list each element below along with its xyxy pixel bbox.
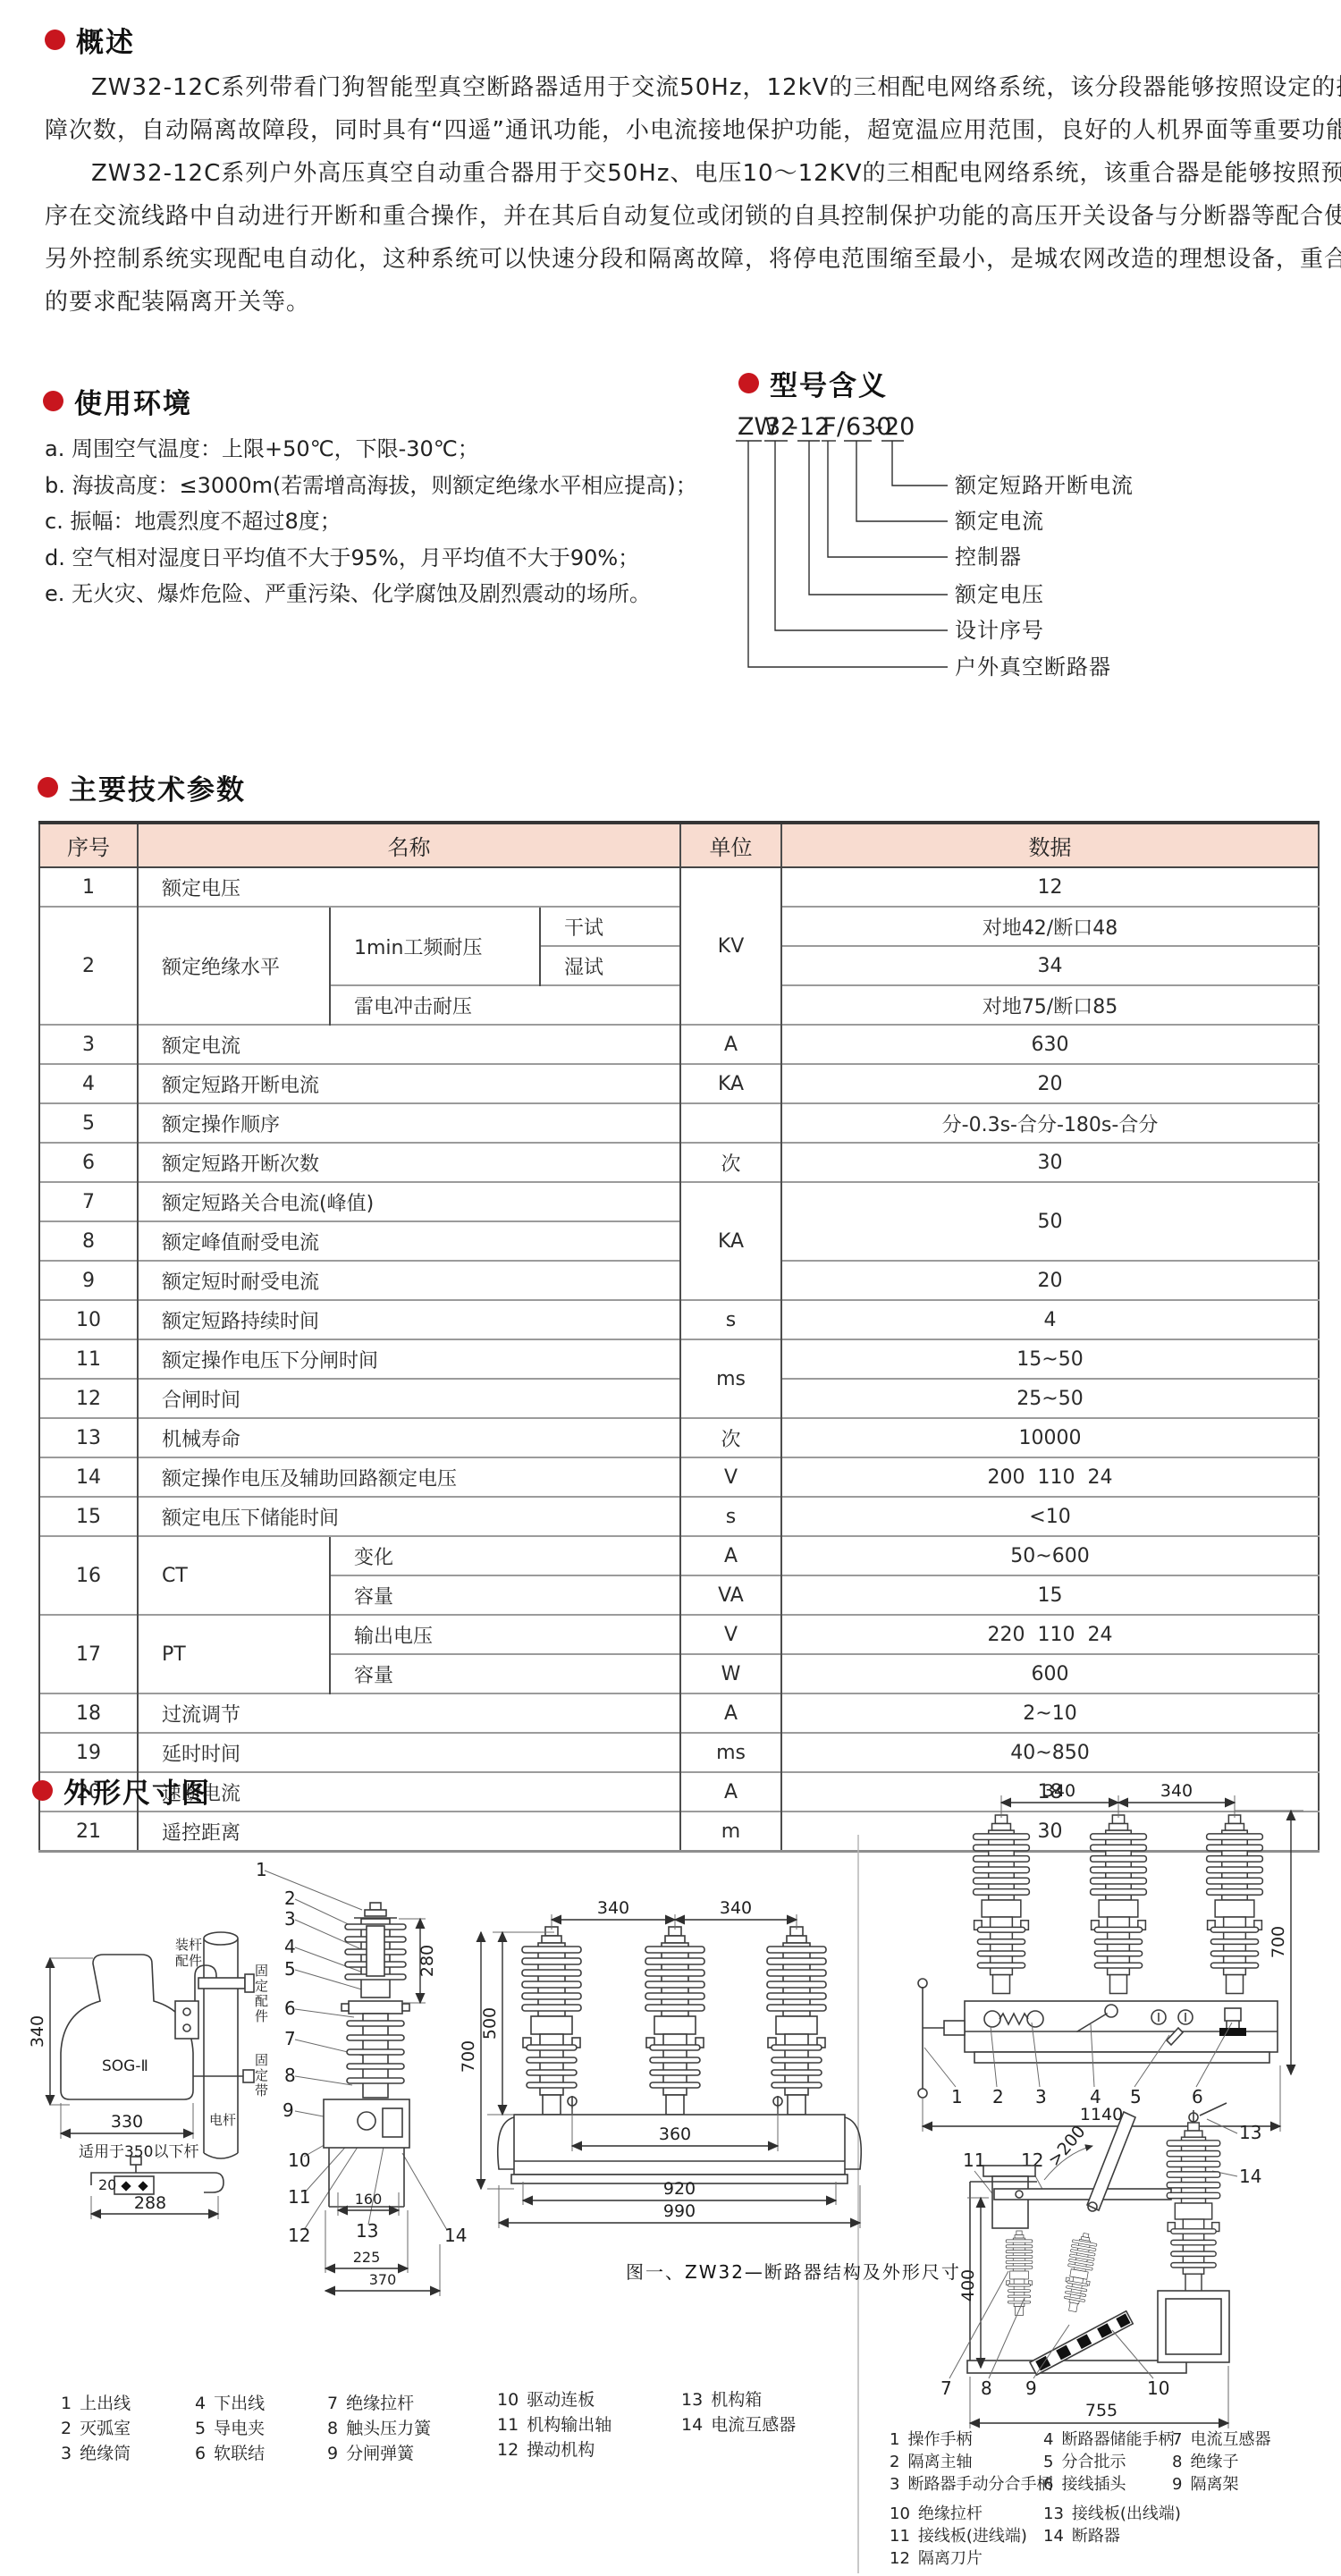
param-no: 11 bbox=[39, 1339, 138, 1379]
table-row: 19 延时时间 ms 40~850 bbox=[39, 1733, 1319, 1772]
dim-340: 340 bbox=[720, 1898, 752, 1918]
label-sog: SOG-Ⅱ bbox=[102, 2057, 148, 2075]
dim-700: 700 bbox=[1269, 1926, 1288, 1958]
table-row: 2 额定绝缘水平 1min工频耐压 干试 对地42/断口48 bbox=[39, 907, 1319, 946]
svg-text:9: 9 bbox=[1025, 2378, 1037, 2399]
sectional-drawing: 1 2 3 4 5 6 7 8 9 10 11 12 13 14 bbox=[256, 1859, 467, 2296]
legend-item: 14断路器 bbox=[1043, 2525, 1181, 2547]
legend-item: 12隔离刀片 bbox=[890, 2547, 1052, 2570]
svg-text:3: 3 bbox=[284, 1908, 296, 1930]
usage-item: c. 振幅：地震烈度不超过8度； bbox=[45, 503, 697, 540]
legend-right-col3: 7电流互感器 8绝缘子 9隔离架 bbox=[1172, 2428, 1270, 2496]
legend-item: 11机构输出轴 bbox=[497, 2412, 611, 2437]
dim-288: 288 bbox=[134, 2193, 166, 2213]
svg-text:9: 9 bbox=[283, 2099, 294, 2121]
dim-340: 340 bbox=[597, 1898, 629, 1918]
legend-item: 8触头压力簧 bbox=[327, 2416, 431, 2441]
param-unit: V bbox=[680, 1457, 781, 1497]
svg-text:12: 12 bbox=[288, 2225, 310, 2246]
figure1-front-view: 340 340 360 500 700 920 990 图一、Z bbox=[459, 1898, 961, 2283]
param-data: 200 110 24 bbox=[781, 1457, 1319, 1497]
legend-item: 14电流互感器 bbox=[681, 2412, 796, 2437]
legend-left-col3: 7绝缘拉杆 8触头压力簧 9分闸弹簧 bbox=[327, 2391, 431, 2466]
legend-item: 13机构箱 bbox=[681, 2387, 796, 2412]
param-data: 对地42/断口48 bbox=[781, 907, 1319, 946]
svg-text:14: 14 bbox=[1239, 2166, 1261, 2187]
parameters-table: 序号 名称 单位 数据 1 额定电压 KV 12 2 额定绝缘水平 1min工频… bbox=[38, 821, 1320, 1853]
paragraph-line: 序在交流线路中自动进行开断和重合操作，并在其后自动复位或闭锁的自具控制保护功能的… bbox=[45, 195, 1341, 238]
usage-item: b. 海拔高度：≤3000m(若需增高海拔，则额定绝缘水平相应提高)； bbox=[45, 468, 697, 504]
red-bullet-icon bbox=[38, 777, 58, 798]
svg-text:4: 4 bbox=[284, 1936, 296, 1957]
legend-left-col5: 13机构箱 14电流互感器 bbox=[681, 2387, 796, 2437]
param-unit: KA bbox=[680, 1064, 781, 1103]
label-pole-fitting-2: 配件 bbox=[175, 1953, 202, 1969]
dim-280: 280 bbox=[417, 1945, 437, 1977]
legend-item: 6接线插头 bbox=[1043, 2473, 1181, 2496]
dim-160: 160 bbox=[355, 2191, 383, 2208]
legend-item: 10驱动连板 bbox=[497, 2387, 611, 2412]
param-data: <10 bbox=[781, 1497, 1319, 1536]
table-row: 9 额定短时耐受电流 20 bbox=[39, 1261, 1319, 1300]
dim-755: 755 bbox=[1085, 2401, 1117, 2420]
dim-gt200: >200 bbox=[1044, 2122, 1089, 2170]
table-row: 3 额定电流 A 630 bbox=[39, 1025, 1319, 1064]
legend-item: 3绝缘筒 bbox=[61, 2441, 131, 2466]
section-title: 使用环境 bbox=[74, 381, 192, 421]
catalog-page: 概述 ZW32-12C系列带看门狗智能型真空断路器适用于交流50Hz，12kV的… bbox=[0, 0, 1341, 2576]
legend-item: 7电流互感器 bbox=[1172, 2428, 1270, 2451]
paragraph-line: 障次数，自动隔离故障段，同时具有“四遥”通讯功能，小电流接地保护功能，超宽温应用… bbox=[45, 109, 1341, 152]
header-cell: 序号 bbox=[39, 823, 138, 867]
param-no: 5 bbox=[39, 1103, 138, 1143]
table-row: 10 额定短路持续时间 s 4 bbox=[39, 1300, 1319, 1339]
param-name: CT bbox=[138, 1536, 330, 1615]
svg-text:1: 1 bbox=[256, 1859, 267, 1880]
param-unit: A bbox=[680, 1536, 781, 1575]
table-row: 7 额定短路关合电流(峰值) KA 50 bbox=[39, 1182, 1319, 1221]
param-data: 20 bbox=[781, 1064, 1319, 1103]
dim-340: 340 bbox=[1043, 1781, 1075, 1801]
paragraph-line: 的要求配装隔离开关等。 bbox=[45, 281, 1341, 324]
svg-text:20: 20 bbox=[884, 413, 915, 441]
param-name: 机械寿命 bbox=[138, 1418, 680, 1457]
svg-text:8: 8 bbox=[284, 2065, 296, 2086]
param-subname: 容量 bbox=[330, 1575, 680, 1615]
table-header-row: 序号 名称 单位 数据 bbox=[39, 823, 1319, 867]
param-name: 额定短路持续时间 bbox=[138, 1300, 680, 1339]
svg-text:设计序号: 设计序号 bbox=[955, 618, 1044, 643]
param-data: 20 bbox=[781, 1261, 1319, 1300]
param-subname: 输出电压 bbox=[330, 1615, 680, 1654]
param-data: 630 bbox=[781, 1025, 1319, 1064]
svg-text:1: 1 bbox=[951, 2086, 963, 2107]
param-data: 220 110 24 bbox=[781, 1615, 1319, 1654]
table-row: 5 额定操作顺序 分-0.3s-合分-180s-合分 bbox=[39, 1103, 1319, 1143]
param-data: 15 bbox=[781, 1575, 1319, 1615]
paragraph-line: ZW32-12C系列户外高压真空自动重合器用于交50Hz、电压10～12KV的三… bbox=[45, 152, 1341, 195]
figure-caption: 图一、ZW32—断路器结构及外形尺寸 bbox=[626, 2261, 961, 2283]
usage-list: a. 周围空气温度：上限+50℃，下限-30℃； b. 海拔高度：≤3000m(… bbox=[45, 431, 697, 612]
param-no: 8 bbox=[39, 1221, 138, 1261]
model-labels: 额定短路开断电流 额定电流 控制器 额定电压 设计序号 户外真空断路器 bbox=[955, 473, 1134, 680]
legend-item: 5导电夹 bbox=[195, 2416, 265, 2441]
table-row: 6 额定短路开断次数 次 30 bbox=[39, 1143, 1319, 1182]
model-code: ZW 32 - 12 F / 630 - 20 bbox=[736, 413, 915, 441]
param-data: 2~10 bbox=[781, 1693, 1319, 1733]
legend-left-col2: 4下出线 5导电夹 6软联结 bbox=[195, 2391, 265, 2466]
param-name: 额定操作电压及辅助回路额定电压 bbox=[138, 1457, 680, 1497]
param-unit: A bbox=[680, 1025, 781, 1064]
legend-item: 12操动机构 bbox=[497, 2437, 611, 2462]
param-data: 34 bbox=[781, 946, 1319, 985]
table-row: 12 合闸时间 25~50 bbox=[39, 1379, 1319, 1418]
svg-text:额定电压: 额定电压 bbox=[955, 582, 1044, 607]
param-data: 对地75/断口85 bbox=[781, 985, 1319, 1025]
param-subname: 雷电冲击耐压 bbox=[330, 985, 680, 1025]
param-subname: 变化 bbox=[330, 1536, 680, 1575]
param-name: 额定电压下储能时间 bbox=[138, 1497, 680, 1536]
legend-item: 8绝缘子 bbox=[1172, 2451, 1270, 2473]
param-name: 额定电压 bbox=[138, 867, 680, 907]
param-unit: ms bbox=[680, 1339, 781, 1418]
param-data: 25~50 bbox=[781, 1379, 1319, 1418]
table-row: 18 过流调节 A 2~10 bbox=[39, 1693, 1319, 1733]
label-fixing-fitting: 固定配件 bbox=[253, 1964, 269, 2024]
table-row: 14 额定操作电压及辅助回路额定电压 V 200 110 24 bbox=[39, 1457, 1319, 1497]
svg-text:13: 13 bbox=[356, 2220, 378, 2242]
paragraph-line: ZW32-12C系列带看门狗智能型真空断路器适用于交流50Hz，12kV的三相配… bbox=[45, 66, 1341, 109]
param-name: 额定短路关合电流(峰值) bbox=[138, 1182, 680, 1221]
dim-400: 400 bbox=[958, 2269, 978, 2302]
svg-text:F: F bbox=[822, 413, 837, 441]
red-bullet-icon bbox=[43, 391, 63, 411]
table-row: 13 机械寿命 次 10000 bbox=[39, 1418, 1319, 1457]
svg-text:14: 14 bbox=[444, 2225, 467, 2246]
param-subname: 1min工频耐压 bbox=[330, 907, 540, 985]
param-data: 50 bbox=[781, 1182, 1319, 1261]
param-no: 19 bbox=[39, 1733, 138, 1772]
param-no: 16 bbox=[39, 1536, 138, 1615]
table-row: 11 额定操作电压下分闸时间 ms 15~50 bbox=[39, 1339, 1319, 1379]
svg-text:10: 10 bbox=[288, 2149, 310, 2171]
svg-text:6: 6 bbox=[284, 1997, 296, 2019]
svg-text:-: - bbox=[874, 413, 883, 441]
legend-right-col1: 1操作手柄 2隔离主轴 3断路器手动分合手柄 10绝缘拉杆 11接线板(进线端)… bbox=[890, 2428, 1052, 2570]
svg-text:5: 5 bbox=[284, 1958, 296, 1980]
label-pole: 电杆 bbox=[209, 2112, 236, 2128]
param-name: PT bbox=[138, 1615, 330, 1693]
param-name: 延时时间 bbox=[138, 1733, 680, 1772]
svg-text:户外真空断路器: 户外真空断路器 bbox=[955, 655, 1111, 680]
param-data: 15~50 bbox=[781, 1339, 1319, 1379]
legend-item: 7绝缘拉杆 bbox=[327, 2391, 431, 2416]
label-pole-fitting: 装杆 bbox=[175, 1937, 202, 1953]
dim-500: 500 bbox=[480, 2007, 500, 2040]
section-title: 概述 bbox=[76, 20, 135, 60]
dim-360: 360 bbox=[659, 2124, 691, 2144]
dim-20: 20 bbox=[98, 2176, 116, 2193]
dim-1140: 1140 bbox=[1080, 2105, 1123, 2124]
svg-text:额定短路开断电流: 额定短路开断电流 bbox=[955, 473, 1134, 498]
param-no: 17 bbox=[39, 1615, 138, 1693]
legend-item: 6软联结 bbox=[195, 2441, 265, 2466]
label-fixing-band: 固定带 bbox=[253, 2053, 269, 2099]
table-row: 16 CT 变化 A 50~600 bbox=[39, 1536, 1319, 1575]
header-cell: 数据 bbox=[781, 823, 1319, 867]
model-meaning-diagram: ZW 32 - 12 F / 630 - 20 额定短路开断电流 额定电流 bbox=[697, 358, 1269, 697]
param-unit: KA bbox=[680, 1182, 781, 1300]
dim-225: 225 bbox=[353, 2249, 381, 2266]
legend-item: 5分合批示 bbox=[1043, 2451, 1181, 2473]
usage-item: a. 周围空气温度：上限+50℃，下限-30℃； bbox=[45, 431, 697, 468]
header-cell: 单位 bbox=[680, 823, 781, 867]
dim-340: 340 bbox=[28, 2015, 47, 2048]
legend-left-col4: 10驱动连板 11机构输出轴 12操动机构 bbox=[497, 2387, 611, 2462]
param-name: 额定操作电压下分闸时间 bbox=[138, 1339, 680, 1379]
overview-paragraph: ZW32-12C系列带看门狗智能型真空断路器适用于交流50Hz，12kV的三相配… bbox=[45, 66, 1341, 324]
table-row: 17 PT 输出电压 V 220 110 24 bbox=[39, 1615, 1319, 1654]
table-row: 4 额定短路开断电流 KA 20 bbox=[39, 1064, 1319, 1103]
param-name: 额定短路开断次数 bbox=[138, 1143, 680, 1182]
legend-right-col2: 4断路器储能手柄 5分合批示 6接线插头 13接线板(出线端) 14断路器 bbox=[1043, 2428, 1181, 2547]
svg-text:7: 7 bbox=[940, 2378, 952, 2399]
usage-heading: 使用环境 bbox=[43, 381, 192, 421]
param-no: 4 bbox=[39, 1064, 138, 1103]
param-unit: W bbox=[680, 1654, 781, 1693]
legend-item: 11接线板(进线端) bbox=[890, 2525, 1052, 2547]
legend-item: 2隔离主轴 bbox=[890, 2451, 1052, 2473]
param-subname: 容量 bbox=[330, 1654, 680, 1693]
param-unit: 次 bbox=[680, 1418, 781, 1457]
param-data: 40~850 bbox=[781, 1733, 1319, 1772]
svg-text:6: 6 bbox=[1192, 2086, 1203, 2107]
svg-text:5: 5 bbox=[1130, 2086, 1142, 2107]
dim-920: 920 bbox=[663, 2179, 696, 2199]
param-data: 30 bbox=[781, 1143, 1319, 1182]
dim-990: 990 bbox=[663, 2201, 696, 2221]
assembly-front-view: 340 340 700 bbox=[918, 1781, 1303, 2132]
dim-700: 700 bbox=[459, 2040, 478, 2073]
svg-text:2: 2 bbox=[992, 2086, 1004, 2107]
param-no: 14 bbox=[39, 1457, 138, 1497]
legend-item: 1操作手柄 bbox=[890, 2428, 1052, 2451]
svg-text:2: 2 bbox=[284, 1888, 296, 1909]
dim-370: 370 bbox=[369, 2271, 397, 2288]
legend-item: 9分闸弹簧 bbox=[327, 2441, 431, 2466]
param-name: 过流调节 bbox=[138, 1693, 680, 1733]
model-connectors bbox=[748, 441, 948, 667]
svg-text:11: 11 bbox=[963, 2149, 985, 2171]
param-unit: s bbox=[680, 1497, 781, 1536]
svg-text:11: 11 bbox=[288, 2186, 310, 2208]
usage-item: e. 无火灾、爆炸危险、严重污染、化学腐蚀及剧烈震动的场所。 bbox=[45, 576, 697, 612]
param-unit: A bbox=[680, 1693, 781, 1733]
section-title: 主要技术参数 bbox=[69, 767, 246, 807]
param-subname: 湿试 bbox=[540, 946, 680, 985]
overview-heading: 概述 bbox=[45, 20, 135, 60]
param-no: 10 bbox=[39, 1300, 138, 1339]
param-unit bbox=[680, 1103, 781, 1143]
param-unit: ms bbox=[680, 1733, 781, 1772]
param-no: 6 bbox=[39, 1143, 138, 1182]
legend-item: 4下出线 bbox=[195, 2391, 265, 2416]
param-no: 15 bbox=[39, 1497, 138, 1536]
param-unit: VA bbox=[680, 1575, 781, 1615]
param-data: 12 bbox=[781, 867, 1319, 907]
legend-item: 9隔离架 bbox=[1172, 2473, 1270, 2496]
param-data: 10000 bbox=[781, 1418, 1319, 1457]
svg-text:-: - bbox=[789, 413, 798, 441]
param-data: 600 bbox=[781, 1654, 1319, 1693]
red-bullet-icon bbox=[45, 30, 65, 50]
param-name: 额定操作顺序 bbox=[138, 1103, 680, 1143]
table-row: 15 额定电压下储能时间 s <10 bbox=[39, 1497, 1319, 1536]
svg-text:额定电流: 额定电流 bbox=[955, 509, 1044, 534]
param-no: 1 bbox=[39, 867, 138, 907]
param-unit: V bbox=[680, 1615, 781, 1654]
param-no: 13 bbox=[39, 1418, 138, 1457]
param-subname: 干试 bbox=[540, 907, 680, 946]
param-name: 额定峰值耐受电流 bbox=[138, 1221, 680, 1261]
svg-text:7: 7 bbox=[284, 2028, 296, 2049]
dim-330: 330 bbox=[111, 2112, 143, 2132]
param-no: 3 bbox=[39, 1025, 138, 1064]
svg-text:3: 3 bbox=[1035, 2086, 1047, 2107]
legend-item: 2灭弧室 bbox=[61, 2416, 131, 2441]
param-name: 合闸时间 bbox=[138, 1379, 680, 1418]
usage-item: d. 空气相对湿度日平均值不大于95%，月平均值不大于90%； bbox=[45, 540, 697, 577]
svg-text:10: 10 bbox=[1147, 2378, 1169, 2399]
svg-text:控制器: 控制器 bbox=[955, 545, 1022, 570]
legend-item: 10绝缘拉杆 bbox=[890, 2503, 1052, 2525]
side-view-drawing: 11 12 >200 13 14 bbox=[940, 2103, 1261, 2428]
paragraph-line: 另外控制系统实现配电自动化，这种系统可以快速分段和隔离故障，将停电范围缩至最小，… bbox=[45, 238, 1341, 281]
param-name: 额定绝缘水平 bbox=[138, 907, 330, 1025]
table-row: 1 额定电压 KV 12 bbox=[39, 867, 1319, 907]
legend-item: 4断路器储能手柄 bbox=[1043, 2428, 1181, 2451]
svg-text:13: 13 bbox=[1239, 2122, 1261, 2143]
param-name: 额定短路开断电流 bbox=[138, 1064, 680, 1103]
param-no: 9 bbox=[39, 1261, 138, 1300]
header-cell: 名称 bbox=[138, 823, 680, 867]
params-heading: 主要技术参数 bbox=[38, 767, 246, 807]
legend-item: 1上出线 bbox=[61, 2391, 131, 2416]
param-no: 12 bbox=[39, 1379, 138, 1418]
param-data: 50~600 bbox=[781, 1536, 1319, 1575]
param-unit: KV bbox=[680, 867, 781, 1025]
dim-340: 340 bbox=[1160, 1781, 1193, 1801]
legend-item: 3断路器手动分合手柄 bbox=[890, 2473, 1052, 2496]
param-no: 18 bbox=[39, 1693, 138, 1733]
param-unit: 次 bbox=[680, 1143, 781, 1182]
param-no: 7 bbox=[39, 1182, 138, 1221]
svg-text:/: / bbox=[837, 413, 846, 441]
svg-text:8: 8 bbox=[981, 2378, 992, 2399]
param-unit: s bbox=[680, 1300, 781, 1339]
legend-left-col1: 1上出线 2灭弧室 3绝缘筒 bbox=[61, 2391, 131, 2466]
param-data: 分-0.3s-合分-180s-合分 bbox=[781, 1103, 1319, 1143]
legend-item: 13接线板(出线端) bbox=[1043, 2503, 1181, 2525]
param-no: 2 bbox=[39, 907, 138, 1025]
param-data: 4 bbox=[781, 1300, 1319, 1339]
param-name: 额定电流 bbox=[138, 1025, 680, 1064]
bracket-drawing: 装杆 配件 固定配件 固定带 电杆 SOG-Ⅱ 340 330 适用于350以下… bbox=[28, 1932, 269, 2219]
param-name: 额定短时耐受电流 bbox=[138, 1261, 680, 1300]
